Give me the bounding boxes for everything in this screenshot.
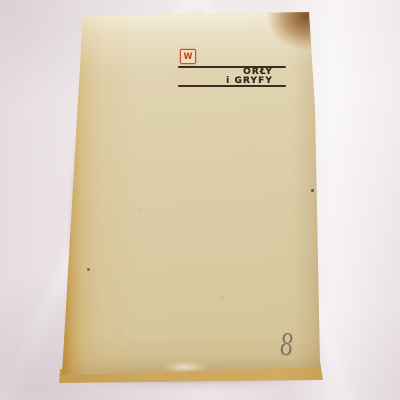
publisher-logo-glyph: W bbox=[184, 52, 193, 61]
cover-speck bbox=[87, 268, 90, 271]
book-title-line-2: i GRYFY bbox=[178, 77, 273, 86]
book-title: ORŁY i GRYFY bbox=[178, 68, 273, 85]
title-block: ORŁY i GRYFY bbox=[178, 62, 287, 90]
book-cover bbox=[0, 0, 400, 400]
title-rule-bottom bbox=[178, 85, 286, 87]
photo-background: W ORŁY i GRYFY 8 bbox=[0, 0, 400, 400]
fabric-speck bbox=[311, 189, 314, 192]
